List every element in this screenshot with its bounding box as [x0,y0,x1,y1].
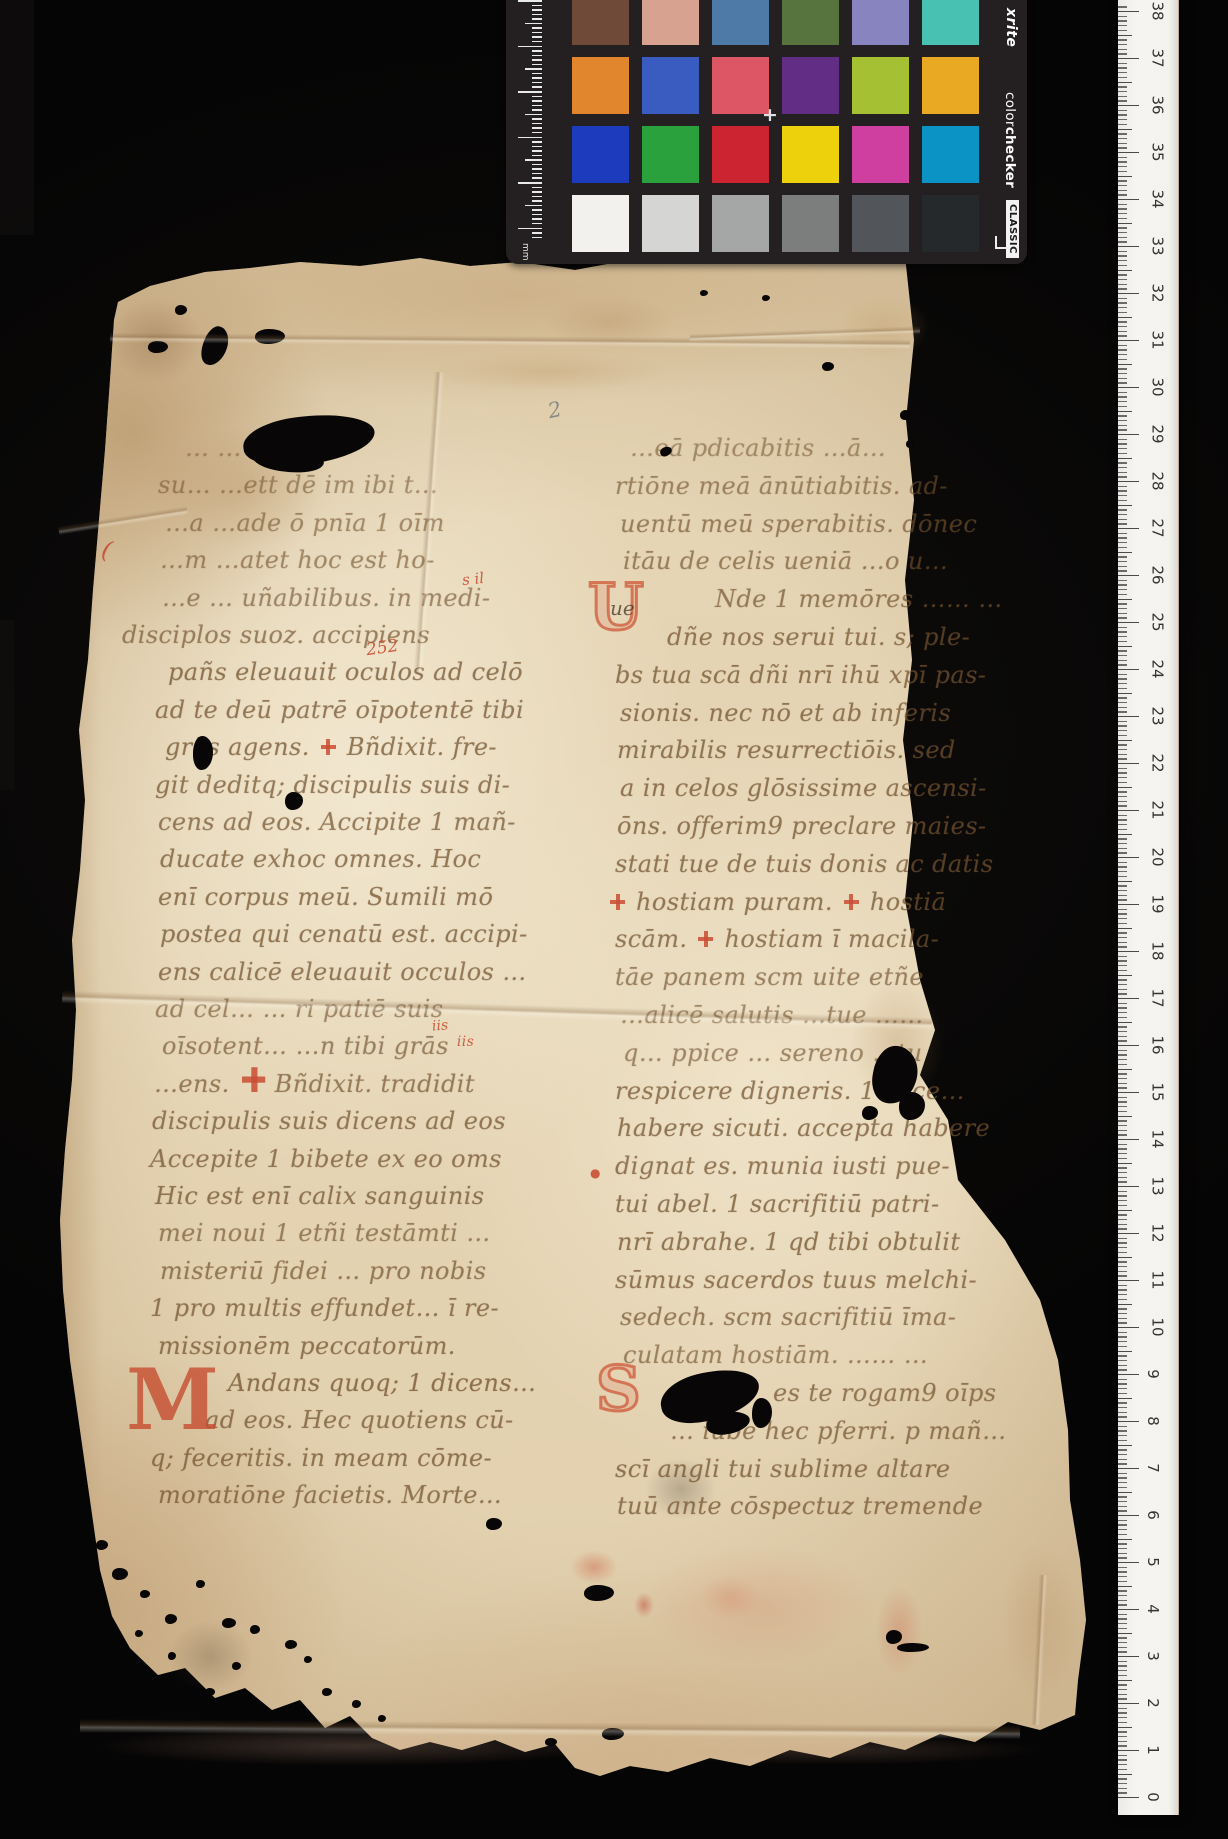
ruler-tick [1118,1285,1127,1286]
ruler-tick [1118,486,1127,487]
color-patch-r3c2 [642,126,699,183]
mm-scale-tick [532,155,542,157]
ruler-tick [1118,735,1127,736]
ruler-tick [1118,453,1127,454]
ruler-tick [1118,143,1127,144]
ruler-tick [1118,570,1127,571]
ruler-tick [1118,956,1127,957]
ruler-tick [1118,871,1127,872]
ruler-tick [1118,349,1127,350]
ruler-tick [1118,44,1127,45]
ruler-tick [1118,232,1127,233]
ruler-tick [1118,1294,1127,1295]
ruler-tick [1118,1369,1127,1370]
mm-scale-tick [532,50,542,52]
ruler-tick [1118,1200,1127,1201]
manuscript-line: postea qui cenatū est. accipi- [160,922,528,946]
ruler-number-37: 37 [1149,48,1167,67]
ruler-tick [1118,838,1127,839]
ruler-tick [1118,556,1127,557]
red-cross-icon [242,1067,265,1092]
ruler-tick [1118,490,1127,491]
manuscript-line: …e … uñabilibus. in medi- [162,586,490,610]
mm-scale-tick [532,9,542,11]
ruler-tick [1118,711,1127,712]
ruler-tick [1118,1224,1127,1225]
ruler-tick [1118,1257,1132,1258]
ruler-tick [1118,519,1127,520]
ruler-tick [1118,1116,1132,1117]
rubric-mark: iis [457,1034,474,1050]
ruler-tick [1118,415,1127,416]
ruler-tick [1118,674,1127,675]
ruler-tick [1118,1083,1127,1084]
ruler-tick [1118,1548,1127,1549]
ruler-tick [1118,617,1127,618]
ruler-tick [1118,862,1127,863]
ruler-tick [1118,881,1132,882]
ruler-tick [1118,110,1127,111]
mm-scale-tick [532,127,542,129]
colorchecker-label: colorchecker [1002,92,1018,188]
ruler-tick [1118,1040,1127,1041]
ruler-number-7: 7 [1144,1463,1162,1473]
ruler-number-26: 26 [1149,565,1167,584]
color-patch-r3c3 [712,126,769,183]
ruler-tick [1118,707,1127,708]
ruler-tick [1118,288,1127,289]
mm-scale-tick [532,14,542,16]
ruler-tick [1118,909,1127,910]
ruler-tick [1118,180,1127,181]
ruler-tick [1118,1412,1127,1413]
ruler-tick [1118,53,1127,54]
ruler-tick [1118,589,1127,590]
parchment-hole [112,1568,128,1580]
ruler-tick [1118,279,1127,280]
color-patch-r1c1 [572,0,629,45]
color-patch-r1c3 [712,0,769,45]
ruler-tick [1118,1792,1127,1793]
mm-scale-tick [518,182,542,184]
ruler-tick [1118,1797,1139,1798]
ruler-tick [1118,890,1127,891]
ruler-tick [1118,1520,1127,1521]
ruler-tick [1118,387,1139,388]
ruler-tick [1118,603,1127,604]
manuscript-line: nrī abrahe. 1 qd tibi obtulit [617,1230,960,1254]
ruler-tick [1118,138,1127,139]
color-patch-r2c5 [852,57,909,114]
ruler-tick [1118,1712,1127,1713]
ruler-tick [1118,406,1127,407]
ruler-tick [1118,989,1127,990]
mm-scale-tick [532,5,542,7]
mm-scale-tick [518,137,542,139]
ruler-number-27: 27 [1149,518,1167,537]
ruler-tick [1118,1106,1127,1107]
ruler-tick [1118,1487,1127,1488]
mm-scale-tick [532,132,542,134]
ruler-tick [1118,622,1139,623]
parchment-hole [285,1640,297,1649]
ruler-tick [1118,218,1127,219]
ruler-tick [1118,1097,1127,1098]
ruler-tick [1118,918,1127,919]
ruler-tick [1118,147,1127,148]
ruler-tick [1118,1031,1127,1032]
color-patch-r4c5 [852,195,909,252]
red-cross-icon [844,894,859,910]
ruler-tick [1118,176,1132,177]
ruler-tick [1118,599,1132,600]
manuscript-line: ōns. offerim9 preclare maies- [617,814,986,838]
ruler-number-1: 1 [1144,1745,1162,1755]
ruler-number-33: 33 [1149,236,1167,255]
ruler-number-6: 6 [1144,1510,1162,1520]
ruler-tick [1118,467,1127,468]
ruler-tick [1118,359,1127,360]
initial-m: M [126,1358,219,1442]
ruler-tick [1118,382,1127,383]
ruler-number-38: 38 [1149,1,1167,20]
ruler-tick [1118,1351,1132,1352]
ruler-tick [1118,1430,1127,1431]
ruler-tick [1118,580,1127,581]
ruler-tick [1118,171,1127,172]
ruler-tick [1118,307,1127,308]
ruler-tick [1118,1755,1127,1756]
ruler-tick [1118,843,1127,844]
ruler-tick [1118,979,1127,980]
ruler-tick [1118,866,1127,867]
ruler-tick [1118,274,1127,275]
manuscript-line: scī angli tui sublime altare [615,1457,950,1481]
ruler-tick [1118,270,1132,271]
ruler-tick [1118,190,1127,191]
ruler-number-15: 15 [1149,1082,1167,1101]
ruler-tick [1118,1177,1127,1178]
color-patch-r1c4 [782,0,839,45]
ruler-tick [1118,1069,1132,1070]
ruler-tick [1118,1736,1127,1737]
ruler-tick [1118,420,1127,421]
manuscript-line: tui abel. 1 sacrifitiū patri- [615,1192,939,1216]
ruler-tick [1118,321,1127,322]
ruler-tick [1118,476,1127,477]
ruler-tick [1118,829,1127,830]
parchment-stain [428,352,668,392]
ruler-tick [1118,1365,1127,1366]
ruler-tick [1118,1064,1127,1065]
ruler-tick [1118,30,1127,31]
ruler-tick [1118,787,1132,788]
ruler-tick [1118,100,1127,101]
ruler-tick [1118,801,1127,802]
mm-scale-tick [532,82,542,84]
ruler-tick [1118,725,1127,726]
ruler-tick [1118,114,1127,115]
ruler-tick [1118,932,1127,933]
ruler-tick [1118,199,1139,200]
ruler-tick [1118,434,1139,435]
manuscript-line: …m …atet hoc est ho- [160,548,435,572]
ruler-tick [1118,1144,1127,1145]
manuscript-line: sionis. nec nō et ab inferis [620,701,951,725]
red-annotation: 252 [365,636,400,660]
ruler-tick [1118,1567,1127,1568]
parchment-hole [822,362,834,371]
ruler-tick [1118,561,1127,562]
ruler-tick [1118,1595,1127,1596]
ruler-tick [1118,495,1127,496]
mm-scale-tick [532,177,542,179]
manuscript-line: hostiam puram. hostiā [607,890,946,914]
ruler-tick [1118,340,1139,341]
parchment-stain [634,1592,654,1618]
ruler-tick [1118,1327,1139,1328]
parchment-hole [250,1625,260,1634]
ruler-tick [1118,185,1127,186]
ruler-tick [1118,166,1127,167]
mm-label: mm [520,243,530,261]
ruler-tick [1118,528,1139,529]
ruler-number-17: 17 [1149,988,1167,1007]
parchment-hole [96,1540,108,1550]
manuscript-line: bs tua scā dñi nrī ihū xpī pas- [615,663,986,687]
ruler-tick [1118,575,1139,576]
ruler-tick [1118,161,1127,162]
ruler-tick [1118,1553,1127,1554]
ruler-tick [1118,293,1139,294]
parchment-hole [900,410,912,420]
ruler-tick [1118,505,1132,506]
initial-guide-letters: ue [610,596,635,620]
ruler-tick [1118,885,1127,886]
ruler-tick [1118,237,1127,238]
ruler-tick [1118,265,1127,266]
ruler-tick [1118,1647,1127,1648]
parchment-stain [570,1550,618,1584]
ruler-tick [1118,1304,1132,1305]
ruler-tick [1118,904,1139,905]
mm-scale-tick [532,86,542,88]
ruler-number-13: 13 [1149,1176,1167,1195]
ruler-tick [1118,500,1127,501]
ruler-tick [1118,631,1127,632]
ruler-tick [1118,1191,1127,1192]
ruler-tick [1118,1614,1127,1615]
ruler-tick [1118,77,1127,78]
ruler-tick [1118,204,1127,205]
ruler-tick [1118,1449,1127,1450]
ruler-tick [1118,913,1127,914]
ruler-tick [1118,819,1127,820]
ruler-tick [1118,1087,1127,1088]
ruler-tick [1118,1402,1127,1403]
ruler-tick [1118,1703,1139,1704]
parchment-hole [906,440,915,448]
ruler-tick [1118,1778,1127,1779]
mm-scale-tick [532,73,542,75]
ruler-number-24: 24 [1149,659,1167,678]
mm-scale-tick [525,114,542,116]
ruler-tick [1118,1529,1127,1530]
ruler-tick [1118,119,1127,120]
manuscript-line: ens calicē eleuauit occulos … [158,960,527,984]
ruler-tick [1118,86,1127,87]
ruler-tick [1118,1308,1127,1309]
ruler-tick [1118,1637,1127,1638]
ruler-tick [1118,834,1132,835]
ruler-tick [1118,1120,1127,1121]
mm-scale-tick [518,228,542,230]
mm-scale-tick [532,187,542,189]
mm-scale-tick [525,68,542,70]
mm-scale-tick [532,223,542,225]
ruler-tick [1118,1092,1139,1093]
ruler-tick [1118,1684,1127,1685]
ruler-tick [1118,1463,1127,1464]
ruler-tick [1118,1496,1127,1497]
manuscript-line: Hic est enī calix sanguinis [155,1184,485,1208]
mm-scale-tick [532,218,542,220]
manuscript-line: rtiōne meā ānūtiabitis. ad- [615,474,948,498]
ruler-tick [1118,1600,1127,1601]
ruler-tick [1118,1731,1127,1732]
mm-scale-tick [532,96,542,98]
ruler-tick [1118,1590,1127,1591]
mm-scale-tick [532,214,542,216]
ruler-tick [1118,1332,1127,1333]
ruler-tick [1118,373,1127,374]
ruler-tick [1118,646,1132,647]
ruler-tick [1118,523,1127,524]
manuscript-line: grās agens. Bñdixit. fre- [165,735,497,759]
mm-scale-tick [532,150,542,152]
ruler-tick [1118,1360,1127,1361]
ruler-tick [1118,1219,1127,1220]
ruler-tick [1118,1374,1139,1375]
ruler-tick [1118,1059,1127,1060]
registration-cross-icon: + [762,104,778,126]
ruler-tick [1118,636,1127,637]
parchment-hole [196,1580,205,1588]
ruler-number-20: 20 [1149,847,1167,866]
ruler-tick [1118,1543,1127,1544]
ruler-tick [1118,1012,1127,1013]
ruler-tick [1118,584,1127,585]
ruler-tick [1118,58,1139,59]
ruler-tick [1118,1675,1127,1676]
ruler-tick [1118,1017,1127,1018]
ruler-tick [1118,942,1127,943]
manuscript-line: Andans quoq; 1 dicens… [228,1371,536,1395]
ruler-tick [1118,1651,1127,1652]
ruler-tick [1118,260,1127,261]
ruler-tick [1118,697,1127,698]
mm-scale-tick [532,168,542,170]
manuscript-line: oīsotent… …n tibi grās iis [162,1034,474,1058]
manuscript-line: …a …ade ō pnīa 1 oīm [165,511,445,535]
ruler-tick [1118,928,1132,929]
manuscript-line: ducate exhoc omnes. Hoc [160,847,481,871]
ruler-tick [1118,744,1127,745]
ruler-tick [1118,35,1132,36]
color-patch-r1c5 [852,0,909,45]
ruler-number-23: 23 [1149,706,1167,725]
color-patch-r4c6 [922,195,979,252]
ruler-tick [1118,1134,1127,1135]
manuscript-line: moratiōne facietis. Morte… [158,1483,502,1507]
ruler-tick [1118,678,1127,679]
manuscript-line: itāu de celis ueniā …o u… [623,549,948,573]
ruler-tick [1118,1708,1127,1709]
manuscript-line: ad te deū patrē oīpotentē tibi [155,698,524,722]
ruler-tick [1118,82,1132,83]
ruler-number-5: 5 [1144,1557,1162,1567]
ruler-tick [1118,91,1127,92]
ruler-tick [1118,39,1127,40]
ruler-tick [1118,721,1127,722]
mm-scale-tick [525,205,542,207]
ruler-tick [1118,472,1127,473]
ruler-tick [1118,688,1127,689]
parchment-stain [640,1545,880,1665]
parchment-hole [205,1688,215,1696]
ruler-tick [1118,1506,1127,1507]
ruler-tick [1118,345,1127,346]
ruler-tick [1118,655,1127,656]
ruler-tick [1118,1745,1127,1746]
ruler-tick [1118,1078,1127,1079]
ruler-tick [1118,1383,1127,1384]
mm-scale-tick [532,55,542,57]
color-patch-r2c4 [782,57,839,114]
ruler-tick [1118,96,1127,97]
ruler-tick [1118,547,1127,548]
ruler-number-16: 16 [1149,1035,1167,1054]
ruler-tick [1118,223,1132,224]
mm-scale-tick [532,196,542,198]
ruler-tick [1118,1665,1127,1666]
ruler-tick [1118,1393,1127,1394]
manuscript-line: uentū meū sperabitis. dōnec [620,512,977,536]
ruler-tick [1118,6,1127,7]
ruler-tick [1118,1252,1127,1253]
mm-scale [518,0,542,240]
ruler-tick [1118,984,1127,985]
mm-scale-tick [518,46,542,48]
ruler-tick [1118,716,1139,717]
manuscript-line: dñe nos serui tui. s; ple- [667,625,970,649]
ruler-tick [1118,594,1127,595]
ruler-tick [1118,876,1127,877]
ruler-tick [1118,1045,1139,1046]
ruler-number-36: 36 [1149,95,1167,114]
ruler-tick [1118,542,1127,543]
ruler-tick [1118,758,1127,759]
ruler-tick [1118,627,1127,628]
manuscript-line: enī corpus meū. Sumili mō [158,885,493,909]
ruler-tick [1118,1111,1127,1112]
mm-scale-tick [532,59,542,61]
ruler-tick [1118,25,1127,26]
ruler-tick [1118,777,1127,778]
manuscript-content: 2 … … … … …su… …ett dē im ibi t……a …ade … [0,0,1228,1839]
ruler-tick [1118,1426,1127,1427]
ruler-tick [1118,768,1127,769]
